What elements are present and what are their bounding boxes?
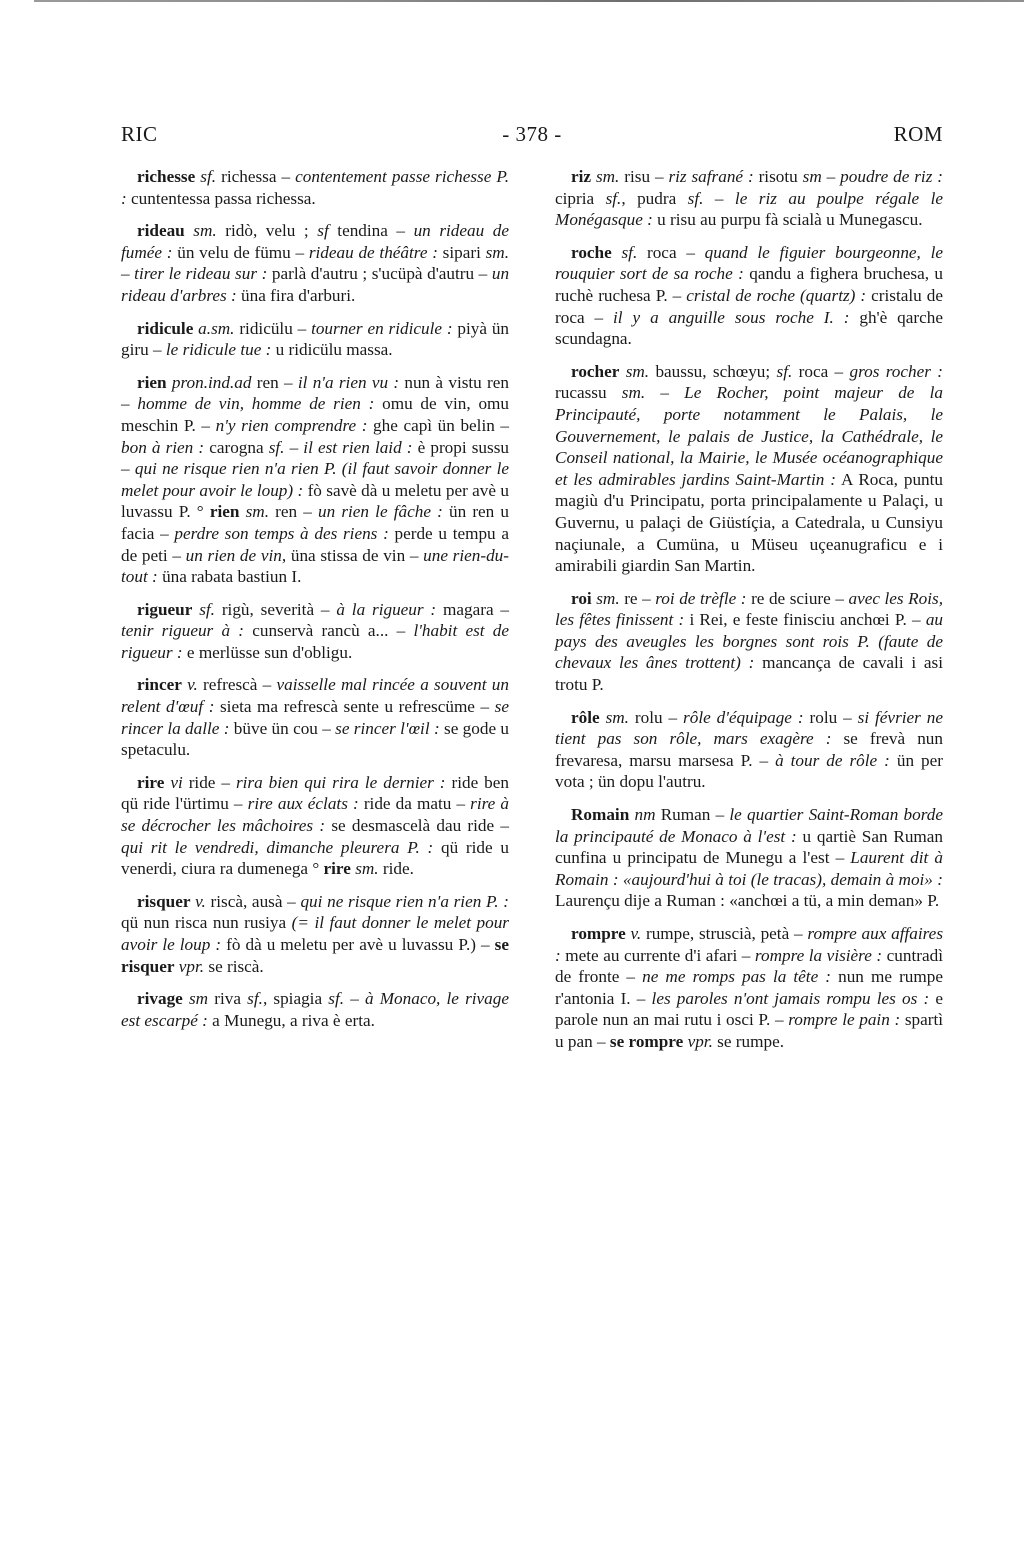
italic-gloss: sf. <box>688 189 704 208</box>
translation-text: parlà d'autru ; s'ucüpà d'autru – <box>267 264 492 283</box>
italic-gloss: sm. <box>622 383 645 402</box>
italic-gloss: sm. <box>591 167 619 186</box>
italic-gloss: rompre le pain : <box>788 1010 900 1029</box>
translation-text: rumpe, struscià, petà – <box>641 924 807 943</box>
translation-text: Ruman – <box>656 805 730 824</box>
italic-gloss: vpr. <box>683 1032 713 1051</box>
italic-gloss: sf. <box>247 989 263 1008</box>
italic-gloss: tenir rigueur à : <box>121 621 244 640</box>
translation-text: riscà, ausà – <box>206 892 301 911</box>
right-guide-word: ROM <box>894 122 943 147</box>
italic-gloss: ne me romps pas la tête : <box>642 967 831 986</box>
italic-gloss: sm. <box>619 362 649 381</box>
translation-text: i Rei, e feste finisciu anchœi P. – <box>684 610 926 629</box>
page-header: RIC - 378 - ROM <box>121 122 943 152</box>
italic-gloss: le ridicule tue : <box>166 340 271 359</box>
italic-gloss: tourner en ridicule : <box>311 319 452 338</box>
italic-gloss: a.sm. <box>193 319 234 338</box>
translation-text: ride da matu – <box>359 794 470 813</box>
dictionary-columns: richesse sf. richessa – contentement pas… <box>121 166 943 1064</box>
translation-text: – <box>344 989 365 1008</box>
translation-text: fò dà u meletu per avè u luvassu P.) – <box>221 935 495 954</box>
headword: rivage <box>137 989 183 1008</box>
translation-text: rucassu <box>555 383 622 402</box>
dictionary-entry-riz: riz sm. risu – riz safrané : risotu sm –… <box>555 166 943 231</box>
translation-text: ridicülu – <box>234 319 311 338</box>
italic-gloss: rira bien qui rira le dernier : <box>236 773 446 792</box>
translation-text: rigù, severità – <box>215 600 336 619</box>
italic-gloss: sm. <box>592 589 620 608</box>
translation-text: carogna <box>204 438 269 457</box>
italic-gloss: bon à rien : <box>121 438 204 457</box>
italic-gloss: roi de trèfle : <box>655 589 746 608</box>
headword: rien <box>210 502 240 521</box>
dictionary-entry-rigueur: rigueur sf. rigù, severità – à la rigueu… <box>121 599 509 664</box>
headword: rien <box>137 373 167 392</box>
dictionary-entry-romain: Romain nm Ruman – le quartier Saint-Roma… <box>555 804 943 912</box>
translation-text: – <box>703 189 734 208</box>
italic-gloss: vi <box>164 773 182 792</box>
translation-text: sipari <box>438 243 486 262</box>
italic-gloss: un rien le fâche : <box>318 502 443 521</box>
translation-text: risotu <box>754 167 803 186</box>
italic-gloss: sm. <box>239 502 269 521</box>
right-column: riz sm. risu – riz safrané : risotu sm –… <box>555 166 943 1064</box>
italic-gloss: sf. <box>192 600 215 619</box>
translation-text: ride – <box>183 773 236 792</box>
headword: riz <box>571 167 591 186</box>
italic-gloss: poudre de riz : <box>840 167 943 186</box>
page-number: - 378 - <box>121 122 943 147</box>
headword: rôle <box>571 708 600 727</box>
italic-gloss: qui ne risque rien n'a rien P. : <box>300 892 509 911</box>
headword: rire <box>137 773 164 792</box>
translation-text: riva <box>208 989 247 1008</box>
dictionary-entry-ridicule: ridicule a.sm. ridicülu – tourner en rid… <box>121 318 509 361</box>
italic-gloss: sf. <box>328 989 344 1008</box>
dictionary-entry-rincer: rincer v. refrescà – vaisselle mal rincé… <box>121 674 509 760</box>
translation-text: magara – <box>436 600 509 619</box>
translation-text: e merlüsse sun d'obligu. <box>183 643 353 662</box>
headword: se rompre <box>610 1032 683 1051</box>
translation-text: mete au currente d'i afari – <box>561 946 755 965</box>
translation-text: Laurençu dije a Ruman : «anchœi a tü, a … <box>555 891 939 910</box>
dictionary-entry-risquer: risquer v. riscà, ausà – qui ne risque r… <box>121 891 509 977</box>
translation-text: rolu – <box>804 708 858 727</box>
translation-text: sieta ma refrescà sente u refrescüme – <box>214 697 494 716</box>
translation-text: ride. <box>379 859 414 878</box>
translation-text: refrescà – <box>198 675 277 694</box>
left-column: richesse sf. richessa – contentement pas… <box>121 166 509 1064</box>
italic-gloss: n'y rien comprendre : <box>216 416 368 435</box>
translation-text: roca – <box>792 362 849 381</box>
italic-gloss: sf. <box>195 167 216 186</box>
headword: roche <box>571 243 612 262</box>
italic-gloss: sm. <box>185 221 217 240</box>
translation-text: se riscà. <box>204 957 264 976</box>
translation-text: u ridicülu massa. <box>271 340 392 359</box>
italic-gloss: sm <box>183 989 208 1008</box>
italic-gloss: à tour de rôle : <box>775 751 890 770</box>
translation-text: roca – <box>637 243 704 262</box>
translation-text: , spiagia <box>263 989 328 1008</box>
headword: rincer <box>137 675 182 694</box>
italic-gloss: rompre la visière : <box>755 946 882 965</box>
italic-gloss: se rincer l'œil : <box>335 719 440 738</box>
dictionary-entry-richesse: richesse sf. richessa – contentement pas… <box>121 166 509 209</box>
italic-gloss: v. <box>626 924 641 943</box>
translation-text: cunservà rancù a... – <box>244 621 413 640</box>
headword: rideau <box>137 221 185 240</box>
dictionary-entry-rideau: rideau sm. ridò, velu ; sf tendina – un … <box>121 220 509 306</box>
translation-text: ridò, velu ; <box>217 221 318 240</box>
italic-gloss: les paroles n'ont jamais rompu les os : <box>652 989 930 1008</box>
translation-text: a Munegu, a riva è erta. <box>208 1011 375 1030</box>
italic-gloss: perdre son temps à des riens : <box>174 524 388 543</box>
scan-edge-line <box>34 0 1024 2</box>
italic-gloss: tirer le rideau sur : <box>134 264 267 283</box>
italic-gloss: sf. <box>606 189 622 208</box>
translation-text: büve ün cou – <box>229 719 335 738</box>
italic-gloss: il est rien laid : <box>303 438 412 457</box>
dictionary-entry-rire: rire vi ride – rira bien qui rira le der… <box>121 772 509 880</box>
italic-gloss: nm <box>629 805 655 824</box>
translation-text: üna fira d'arburi. <box>237 286 356 305</box>
italic-gloss: v. <box>182 675 198 694</box>
translation-text: cuntentessa passa richessa. <box>127 189 316 208</box>
translation-text: rolu – <box>629 708 683 727</box>
dictionary-entry-rivage: rivage sm riva sf., spiagia sf. – à Mona… <box>121 988 509 1031</box>
translation-text: , pudra <box>621 189 687 208</box>
italic-gloss: vpr. <box>174 957 204 976</box>
italic-gloss: à la rigueur : <box>336 600 436 619</box>
translation-text: risu – <box>619 167 668 186</box>
translation-text: se desmascelà dau ride – <box>325 816 509 835</box>
translation-text: tendina – <box>329 221 414 240</box>
dictionary-entry-r-le: rôle sm. rolu – rôle d'équipage : rolu –… <box>555 707 943 793</box>
italic-gloss: sf. <box>612 243 638 262</box>
italic-gloss: sm <box>803 167 822 186</box>
italic-gloss: sm. <box>351 859 379 878</box>
dictionary-entry-roi: roi sm. re – roi de trèfle : re de sciur… <box>555 588 943 696</box>
dictionary-entry-roche: roche sf. roca – quand le figuier bourge… <box>555 242 943 350</box>
translation-text: u risu au purpu fà scialà u Munegascu. <box>653 210 923 229</box>
italic-gloss: un rien de vin <box>186 546 282 565</box>
dictionary-entry-rocher: rocher sm. baussu, schœyu; sf. roca – gr… <box>555 361 943 577</box>
italic-gloss: rôle d'équipage : <box>683 708 804 727</box>
headword: roi <box>571 589 592 608</box>
italic-gloss: sm. <box>486 243 509 262</box>
translation-text: ren – <box>269 502 318 521</box>
translation-text: , üna stissa de vin – <box>282 546 423 565</box>
translation-text: ghe capì ün belin – <box>367 416 509 435</box>
translation-text: ün velu de fümu – <box>173 243 309 262</box>
italic-gloss: rire aux éclats : <box>248 794 359 813</box>
headword: rigueur <box>137 600 192 619</box>
headword: rompre <box>571 924 626 943</box>
italic-gloss: sf <box>317 221 328 240</box>
translation-text: re de sciure – <box>747 589 849 608</box>
italic-gloss: cristal de roche (quartz) : <box>686 286 866 305</box>
translation-text: baussu, schœyu; <box>649 362 776 381</box>
headword: Romain <box>571 805 629 824</box>
translation-text: – <box>645 383 684 402</box>
italic-gloss: il n'a rien vu : <box>298 373 399 392</box>
italic-gloss: pron.ind.ad <box>167 373 252 392</box>
italic-gloss: qui rit le vendredi, dimanche pleurera P… <box>121 838 433 857</box>
italic-gloss: v. <box>190 892 205 911</box>
headword: richesse <box>137 167 195 186</box>
headword: risquer <box>137 892 190 911</box>
dictionary-entry-rompre: rompre v. rumpe, struscià, petà – rompre… <box>555 923 943 1053</box>
italic-gloss: riz safrané : <box>668 167 753 186</box>
translation-text: – <box>121 264 134 283</box>
translation-text: – <box>284 438 303 457</box>
italic-gloss: sf. <box>777 362 793 381</box>
headword: ridicule <box>137 319 193 338</box>
italic-gloss: sf. <box>269 438 285 457</box>
italic-gloss: gros rocher : <box>849 362 943 381</box>
translation-text: üna rabata bastiun I. <box>158 567 302 586</box>
headword: rire <box>324 859 351 878</box>
italic-gloss: rideau de théâtre : <box>309 243 438 262</box>
translation-text: se rumpe. <box>713 1032 784 1051</box>
italic-gloss: il y a anguille sous roche I. : <box>613 308 849 327</box>
translation-text: cipria <box>555 189 606 208</box>
dictionary-entry-rien: rien pron.ind.ad ren – il n'a rien vu : … <box>121 372 509 588</box>
headword: rocher <box>571 362 619 381</box>
translation-text: – <box>822 167 840 186</box>
translation-text: ren – <box>251 373 297 392</box>
italic-gloss: homme de vin, homme de rien : <box>137 394 374 413</box>
translation-text: richessa – <box>216 167 295 186</box>
italic-gloss: sm. <box>600 708 629 727</box>
translation-text: re – <box>620 589 656 608</box>
translation-text: qü nun risca nun rusiya <box>121 913 292 932</box>
